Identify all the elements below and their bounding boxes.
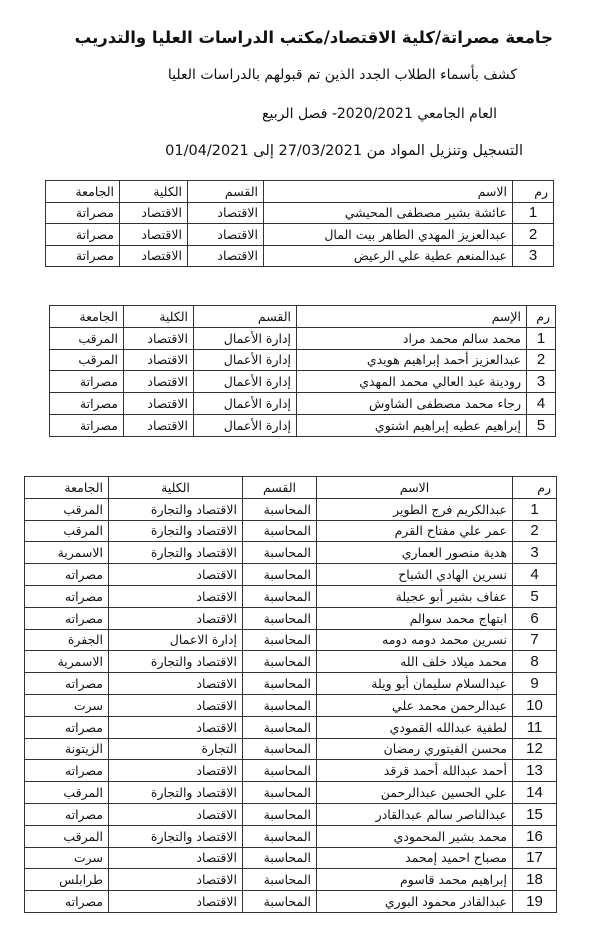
cell-dept: المحاسبة [243,738,317,760]
cell-dept: المحاسبة [243,498,317,520]
cell-dept: الاقتصاد [188,224,264,246]
cell-name: ابتهاج محمد سوالم [317,607,513,629]
cell-num: 14 [513,782,557,804]
cell-name: مصباح احميد إمحمد [317,847,513,869]
cell-name: عبدالناصر سالم عبدالقادر [317,803,513,825]
col-header-name: الاسم [264,181,513,203]
cell-university: مصراته [25,585,109,607]
table-row: 14علي الحسين عبدالرحمنالمحاسبةالاقتصاد و… [25,782,557,804]
document-subtitle: كشف بأسماء الطلاب الجدد الذين تم قبولهم … [168,67,517,83]
table-row: 18إبراهيم محمد قاسومالمحاسبةالاقتصادطراب… [25,869,557,891]
cell-name: عبدالقادر محمود البوري [317,891,513,913]
table-row: 2عمر علي مفتاح القرمالمحاسبةالاقتصاد وال… [25,520,557,542]
cell-college: الاقتصاد [109,673,243,695]
cell-num: 1 [513,498,557,520]
cell-dept: إدارة الأعمال [194,393,297,415]
cell-num: 5 [513,585,557,607]
cell-college: الاقتصاد [109,607,243,629]
cell-num: 10 [513,694,557,716]
cell-university: مصراتة [50,414,124,436]
cell-college: الاقتصاد والتجارة [109,782,243,804]
cell-university: الاسمرية [25,542,109,564]
cell-dept: إدارة الأعمال [194,349,297,371]
table-row: 3عبدالمنعم عطية علي الرعيضالاقتصادالاقتص… [46,245,554,267]
cell-dept: المحاسبة [243,542,317,564]
cell-college: الاقتصاد [109,869,243,891]
cell-name: محمد سالم محمد مراد [297,327,527,349]
cell-num: 1 [527,327,556,349]
cell-college: الاقتصاد [109,564,243,586]
cell-dept: المحاسبة [243,760,317,782]
cell-college: الاقتصاد [109,847,243,869]
cell-name: عبدالرحمن محمد علي [317,694,513,716]
cell-name: نسرين الهادي الشباح [317,564,513,586]
cell-dept: المحاسبة [243,891,317,913]
cell-num: 2 [513,520,557,542]
cell-num: 18 [513,869,557,891]
cell-university: المرقب [50,327,124,349]
table-row: 1عائشة بشير مصطفى المحيشيالاقتصادالاقتصا… [46,202,554,224]
cell-college: الاقتصاد [109,803,243,825]
col-header-college: الكلية [120,181,188,203]
col-header-dept: القسم [188,181,264,203]
cell-university: المرقب [25,520,109,542]
col-header-name: الاسم [317,477,513,499]
cell-university: مصراتة [50,371,124,393]
cell-num: 19 [513,891,557,913]
cell-name: هدية منصور العماري [317,542,513,564]
cell-university: المرقب [50,349,124,371]
table-row: 5إبراهيم عطيه إبراهيم اشتويإدارة الأعمال… [50,414,556,436]
cell-num: 8 [513,651,557,673]
table-row: 13أحمد عبدالله أحمد قرقدالمحاسبةالاقتصاد… [25,760,557,782]
cell-college: الاقتصاد [109,716,243,738]
cell-university: مصراته [25,564,109,586]
economics-students-table: رم الاسم القسم الكلية الجامعة 1عائشة بشي… [45,180,554,267]
cell-college: التجارة [109,738,243,760]
table-row: 9عبدالسلام سليمان أبو ويلةالمحاسبةالاقتص… [25,673,557,695]
cell-university: الزيتونة [25,738,109,760]
cell-dept: المحاسبة [243,651,317,673]
table-row: 5عفاف بشير أبو عجيلةالمحاسبةالاقتصادمصرا… [25,585,557,607]
table-row: 19عبدالقادر محمود البوريالمحاسبةالاقتصاد… [25,891,557,913]
col-header-dept: القسم [194,306,297,328]
table-row: 1عبدالكريم فرج الطويرالمحاسبةالاقتصاد وا… [25,498,557,520]
cell-college: إدارة الاعمال [109,629,243,651]
col-header-num: رم [513,477,557,499]
cell-dept: المحاسبة [243,869,317,891]
cell-name: عمر علي مفتاح القرم [317,520,513,542]
cell-name: نسرين محمد دومه دومه [317,629,513,651]
cell-dept: المحاسبة [243,694,317,716]
cell-dept: المحاسبة [243,847,317,869]
cell-name: عفاف بشير أبو عجيلة [317,585,513,607]
cell-college: الاقتصاد [124,414,194,436]
registration-dates: التسجيل وتنزيل المواد من 27/03/2021 إلى … [165,143,523,159]
col-header-num: رم [527,306,556,328]
cell-college: الاقتصاد [120,202,188,224]
business-admin-students-table: رم الإسم القسم الكلية الجامعة 1محمد سالم… [49,305,556,437]
cell-num: 3 [527,371,556,393]
cell-college: الاقتصاد [120,245,188,267]
cell-dept: الاقتصاد [188,202,264,224]
table-row: 4رجاء محمد مصطفى الشاوشإدارة الأعمالالاق… [50,393,556,415]
cell-dept: المحاسبة [243,782,317,804]
cell-num: 15 [513,803,557,825]
cell-dept: المحاسبة [243,716,317,738]
cell-college: الاقتصاد والتجارة [109,651,243,673]
cell-dept: المحاسبة [243,673,317,695]
academic-year: العام الجامعي 2020/2021- فصل الربيع [262,106,497,122]
col-header-name: الإسم [297,306,527,328]
cell-num: 1 [513,202,554,224]
cell-num: 2 [527,349,556,371]
cell-name: علي الحسين عبدالرحمن [317,782,513,804]
cell-dept: المحاسبة [243,803,317,825]
cell-college: الاقتصاد والتجارة [109,825,243,847]
cell-dept: إدارة الأعمال [194,371,297,393]
cell-university: مصراته [25,891,109,913]
cell-university: مصراته [25,760,109,782]
table-header-row: رم الإسم القسم الكلية الجامعة [50,306,556,328]
table-row: 3هدية منصور العماريالمحاسبةالاقتصاد والت… [25,542,557,564]
cell-college: الاقتصاد [109,694,243,716]
table-row: 1محمد سالم محمد مرادإدارة الأعمالالاقتصا… [50,327,556,349]
cell-name: عبدالمنعم عطية علي الرعيض [264,245,513,267]
cell-university: مصراته [25,607,109,629]
cell-university: الاسمرية [25,651,109,673]
table-row: 11لطفية عبدالله القموديالمحاسبةالاقتصادم… [25,716,557,738]
cell-name: عبدالعزيز أحمد إبراهيم هويدي [297,349,527,371]
cell-name: رجاء محمد مصطفى الشاوش [297,393,527,415]
col-header-dept: القسم [243,477,317,499]
cell-college: الاقتصاد [120,224,188,246]
cell-dept: المحاسبة [243,520,317,542]
cell-college: الاقتصاد [109,585,243,607]
col-header-college: الكلية [124,306,194,328]
table-header-row: رم الاسم القسم الكلية الجامعة [25,477,557,499]
cell-dept: المحاسبة [243,607,317,629]
cell-university: مصراته [25,673,109,695]
cell-num: 6 [513,607,557,629]
cell-name: عبدالعزيز المهدي الطاهر بيت المال [264,224,513,246]
cell-university: الجفرة [25,629,109,651]
cell-name: محمد بشير المحمودي [317,825,513,847]
cell-name: لطفية عبدالله القمودي [317,716,513,738]
col-header-college: الكلية [109,477,243,499]
document-title: جامعة مصراتة/كلية الاقتصاد/مكتب الدراسات… [75,28,553,47]
cell-name: رودينة عبد العالي محمد المهدي [297,371,527,393]
cell-dept: المحاسبة [243,629,317,651]
col-header-university: الجامعة [46,181,120,203]
cell-dept: إدارة الأعمال [194,414,297,436]
table-row: 12محسن الفيتوري رمضانالمحاسبةالتجارةالزي… [25,738,557,760]
cell-university: مصراته [25,716,109,738]
cell-name: أحمد عبدالله أحمد قرقد [317,760,513,782]
cell-name: محسن الفيتوري رمضان [317,738,513,760]
cell-dept: المحاسبة [243,825,317,847]
table-row: 8محمد ميلاد خلف اللهالمحاسبةالاقتصاد وال… [25,651,557,673]
table-row: 6ابتهاج محمد سوالمالمحاسبةالاقتصادمصراته [25,607,557,629]
cell-num: 17 [513,847,557,869]
cell-name: عبدالكريم فرج الطوير [317,498,513,520]
cell-university: مصراتة [50,393,124,415]
cell-name: عائشة بشير مصطفى المحيشي [264,202,513,224]
cell-dept: المحاسبة [243,564,317,586]
cell-university: المرقب [25,825,109,847]
cell-num: 11 [513,716,557,738]
cell-dept: المحاسبة [243,585,317,607]
accounting-students-table: رم الاسم القسم الكلية الجامعة 1عبدالكريم… [24,476,557,913]
table-row: 10عبدالرحمن محمد عليالمحاسبةالاقتصادسرت [25,694,557,716]
cell-num: 2 [513,224,554,246]
cell-num: 12 [513,738,557,760]
cell-university: طرابلس [25,869,109,891]
cell-name: إبراهيم محمد قاسوم [317,869,513,891]
cell-college: الاقتصاد [109,891,243,913]
table-row: 15عبدالناصر سالم عبدالقادرالمحاسبةالاقتص… [25,803,557,825]
cell-university: مصراتة [46,224,120,246]
table-row: 17مصباح احميد إمحمدالمحاسبةالاقتصادسرت [25,847,557,869]
cell-num: 7 [513,629,557,651]
table-row: 4نسرين الهادي الشباحالمحاسبةالاقتصادمصرا… [25,564,557,586]
cell-college: الاقتصاد [124,327,194,349]
cell-university: مصراتة [46,202,120,224]
cell-college: الاقتصاد والتجارة [109,520,243,542]
cell-num: 4 [513,564,557,586]
table-row: 3رودينة عبد العالي محمد المهديإدارة الأع… [50,371,556,393]
cell-college: الاقتصاد [124,371,194,393]
cell-num: 5 [527,414,556,436]
table-row: 2عبدالعزيز المهدي الطاهر بيت المالالاقتص… [46,224,554,246]
cell-college: الاقتصاد والتجارة [109,498,243,520]
cell-dept: إدارة الأعمال [194,327,297,349]
table-header-row: رم الاسم القسم الكلية الجامعة [46,181,554,203]
cell-name: إبراهيم عطيه إبراهيم اشتوي [297,414,527,436]
col-header-university: الجامعة [50,306,124,328]
cell-university: مصراته [25,803,109,825]
cell-num: 3 [513,245,554,267]
cell-num: 16 [513,825,557,847]
cell-name: محمد ميلاد خلف الله [317,651,513,673]
cell-university: المرقب [25,782,109,804]
cell-name: عبدالسلام سليمان أبو ويلة [317,673,513,695]
cell-college: الاقتصاد والتجارة [109,542,243,564]
cell-num: 3 [513,542,557,564]
cell-university: سرت [25,847,109,869]
table-row: 16محمد بشير المحموديالمحاسبةالاقتصاد وال… [25,825,557,847]
table-row: 7نسرين محمد دومه دومهالمحاسبةإدارة الاعم… [25,629,557,651]
col-header-university: الجامعة [25,477,109,499]
cell-num: 9 [513,673,557,695]
cell-college: الاقتصاد [124,349,194,371]
cell-college: الاقتصاد [124,393,194,415]
cell-dept: الاقتصاد [188,245,264,267]
cell-num: 13 [513,760,557,782]
cell-college: الاقتصاد [109,760,243,782]
cell-university: سرت [25,694,109,716]
cell-university: مصراتة [46,245,120,267]
cell-university: المرقب [25,498,109,520]
col-header-num: رم [513,181,554,203]
table-row: 2عبدالعزيز أحمد إبراهيم هويديإدارة الأعم… [50,349,556,371]
cell-num: 4 [527,393,556,415]
